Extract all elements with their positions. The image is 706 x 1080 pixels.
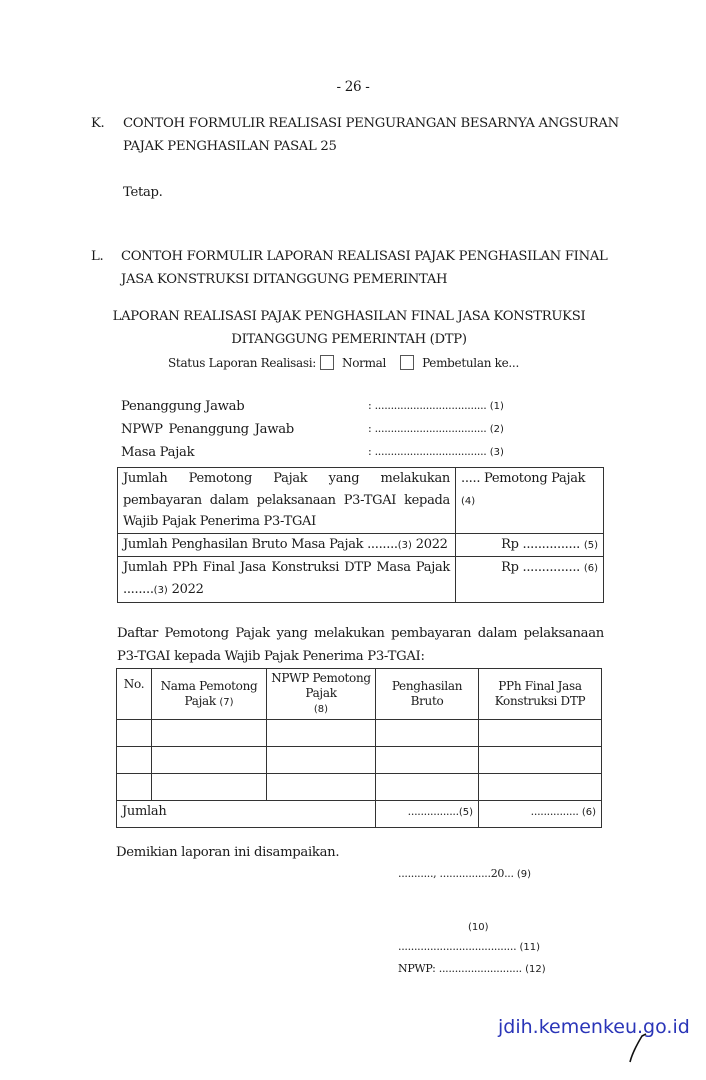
field-ref: (2) (490, 424, 504, 435)
summary-label-ref: (3) (398, 540, 412, 551)
summary-label: Jumlah Penghasilan Bruto Masa Pajak ....… (123, 537, 398, 552)
summary-label-jumlah-pemotong: Jumlah Pemotong Pajak yang melakukan pem… (118, 468, 456, 534)
total-bruto[interactable]: ................(5) (376, 801, 479, 828)
handwritten-initial-icon (626, 1030, 650, 1064)
summary-value: ..... Pemotong Pajak (461, 471, 585, 486)
footer-link[interactable]: jdih.kemenkeu.go.id (498, 1016, 690, 1038)
npwp-line[interactable]: NPWP: .......................... (12) (398, 962, 546, 975)
total-ref: (5) (459, 807, 473, 818)
summary-label-bruto: Jumlah Penghasilan Bruto Masa Pajak ....… (118, 533, 456, 557)
header-text: NPWP Pemotong Pajak (271, 671, 371, 700)
header-ref: (7) (219, 697, 233, 708)
field-value-npwp[interactable]: : ................................... (2… (368, 422, 504, 435)
table-header-row: No. Nama Pemotong Pajak (7) NPWP Pemoton… (117, 669, 602, 720)
pemotong-list-table: No. Nama Pemotong Pajak (7) NPWP Pemoton… (116, 668, 602, 828)
table-row (117, 747, 602, 774)
section-l-title-line1: CONTOH FORMULIR LAPORAN REALISASI PAJAK … (121, 249, 608, 264)
cell[interactable] (376, 720, 479, 747)
cell[interactable] (117, 747, 152, 774)
table-row: Jumlah Pemotong Pajak yang melakukan pem… (118, 468, 604, 534)
checkbox-pembetulan[interactable] (400, 355, 414, 370)
status-option-pembetulan: Pembetulan ke... (422, 356, 519, 370)
summary-label-pph: Jumlah PPh Final Jasa Konstruksi DTP Mas… (118, 557, 456, 603)
field-value-masa-pajak[interactable]: : ................................... (3… (368, 445, 504, 458)
cell[interactable] (267, 747, 376, 774)
summary-label-year: 2022 (412, 537, 448, 552)
cell[interactable] (479, 720, 602, 747)
closing-text: Demikian laporan ini disampaikan. (116, 845, 339, 860)
total-dots: ................ (408, 805, 459, 818)
header-ref: (8) (314, 704, 328, 715)
cell[interactable] (152, 720, 267, 747)
summary-label-year: 2022 (168, 582, 204, 597)
header-nama: Nama Pemotong Pajak (7) (152, 669, 267, 720)
checkbox-normal[interactable] (320, 355, 334, 370)
cell[interactable] (376, 774, 479, 801)
section-k-letter: K. (91, 116, 104, 131)
summary-ref: (6) (584, 563, 598, 574)
page-number: - 26 - (0, 79, 706, 95)
section-k-title-line2: PAJAK PENGHASILAN PASAL 25 (123, 139, 337, 154)
total-ref: (6) (582, 807, 596, 818)
name-line[interactable]: ..................................... (1… (398, 940, 540, 953)
summary-table: Jumlah Pemotong Pajak yang melakukan pem… (117, 467, 604, 603)
field-value-penanggung-jawab[interactable]: : ................................... (1… (368, 399, 504, 412)
total-label: Jumlah (117, 801, 376, 828)
table-total-row: Jumlah ................(5) .............… (117, 801, 602, 828)
table-row: Jumlah Penghasilan Bruto Masa Pajak ....… (118, 533, 604, 557)
name-ref: (11) (519, 942, 540, 953)
cell[interactable] (267, 774, 376, 801)
header-no: No. (117, 669, 152, 720)
cell[interactable] (376, 747, 479, 774)
field-dots: : ................................... (368, 445, 486, 458)
section-k-title-line1: CONTOH FORMULIR REALISASI PENGURANGAN BE… (123, 116, 619, 131)
field-dots: : ................................... (368, 399, 486, 412)
summary-ref: (4) (461, 496, 475, 507)
status-label: Status Laporan Realisasi: (168, 356, 316, 370)
header-text: Nama Pemotong Pajak (161, 679, 258, 708)
cell[interactable] (152, 747, 267, 774)
signature-ref: (10) (468, 922, 489, 933)
place-date[interactable]: ..........., ................20... (9) (398, 867, 531, 880)
total-dots: ............... (531, 805, 579, 818)
summary-value-jumlah-pemotong[interactable]: ..... Pemotong Pajak (4) (456, 468, 604, 534)
form-title-line2: DITANGGUNG PEMERINTAH (DTP) (0, 332, 702, 347)
form-title-line1: LAPORAN REALISASI PAJAK PENGHASILAN FINA… (0, 309, 702, 324)
field-dots: : ................................... (368, 422, 486, 435)
header-bruto: Penghasilan Bruto (376, 669, 479, 720)
summary-value: Rp ............... (501, 537, 580, 552)
section-l-letter: L. (91, 249, 103, 264)
cell[interactable] (479, 774, 602, 801)
table-row (117, 774, 602, 801)
cell[interactable] (117, 720, 152, 747)
place-date-dots: ..........., ................20... (398, 867, 514, 880)
place-date-ref: (9) (517, 869, 531, 880)
status-row: Status Laporan Realisasi:NormalPembetula… (168, 355, 519, 370)
field-label-npwp: NPWP Penanggung Jawab (121, 422, 294, 437)
section-k-body: Tetap. (123, 185, 163, 200)
table-row: Jumlah PPh Final Jasa Konstruksi DTP Mas… (118, 557, 604, 603)
summary-ref: (5) (584, 540, 598, 551)
field-label-masa-pajak: Masa Pajak (121, 445, 194, 460)
header-pph: PPh Final Jasa Konstruksi DTP (479, 669, 602, 720)
total-pph[interactable]: ............... (6) (479, 801, 602, 828)
field-ref: (1) (490, 401, 504, 412)
field-ref: (3) (490, 447, 504, 458)
cell[interactable] (152, 774, 267, 801)
summary-value-bruto[interactable]: Rp ............... (5) (456, 533, 604, 557)
cell[interactable] (267, 720, 376, 747)
table-row (117, 720, 602, 747)
name-dots: ..................................... (398, 940, 516, 953)
section-l-title-line2: JASA KONSTRUKSI DITANGGUNG PEMERINTAH (121, 272, 447, 287)
summary-value-pph[interactable]: Rp ............... (6) (456, 557, 604, 603)
header-npwp: NPWP Pemotong Pajak(8) (267, 669, 376, 720)
summary-label-ref: (3) (154, 585, 168, 596)
cell[interactable] (117, 774, 152, 801)
cell[interactable] (479, 747, 602, 774)
npwp-ref: (12) (525, 964, 546, 975)
list-intro: Daftar Pemotong Pajak yang melakukan pem… (117, 622, 604, 668)
field-label-penanggung-jawab: Penanggung Jawab (121, 399, 244, 414)
npwp-dots: NPWP: .......................... (398, 962, 522, 975)
summary-value: Rp ............... (501, 560, 580, 575)
status-option-normal: Normal (342, 356, 386, 370)
